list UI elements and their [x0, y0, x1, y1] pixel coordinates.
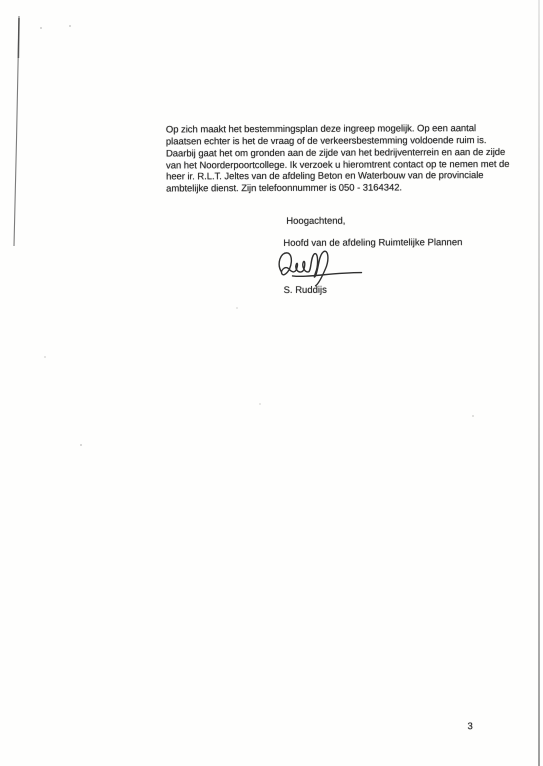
- letter-closing: Hoogachtend,: [286, 216, 345, 227]
- body-line: Daarbij gaat het om gronden aan de zijde…: [166, 147, 510, 160]
- letter-body-paragraph: Op zich maakt het bestemmingsplan deze i…: [166, 123, 510, 196]
- signer-name: S. Ruddijs: [284, 285, 327, 296]
- scanned-letter-page: Op zich maakt het bestemmingsplan deze i…: [0, 0, 543, 766]
- body-line: ambtelijke dienst. Zijn telefoonnummer i…: [166, 182, 510, 195]
- body-line: plaatsen echter is het de vraag of de ve…: [166, 135, 510, 148]
- body-line: heer ir. R.L.T. Jeltes van de afdeling B…: [166, 170, 510, 183]
- page-number: 3: [467, 721, 472, 732]
